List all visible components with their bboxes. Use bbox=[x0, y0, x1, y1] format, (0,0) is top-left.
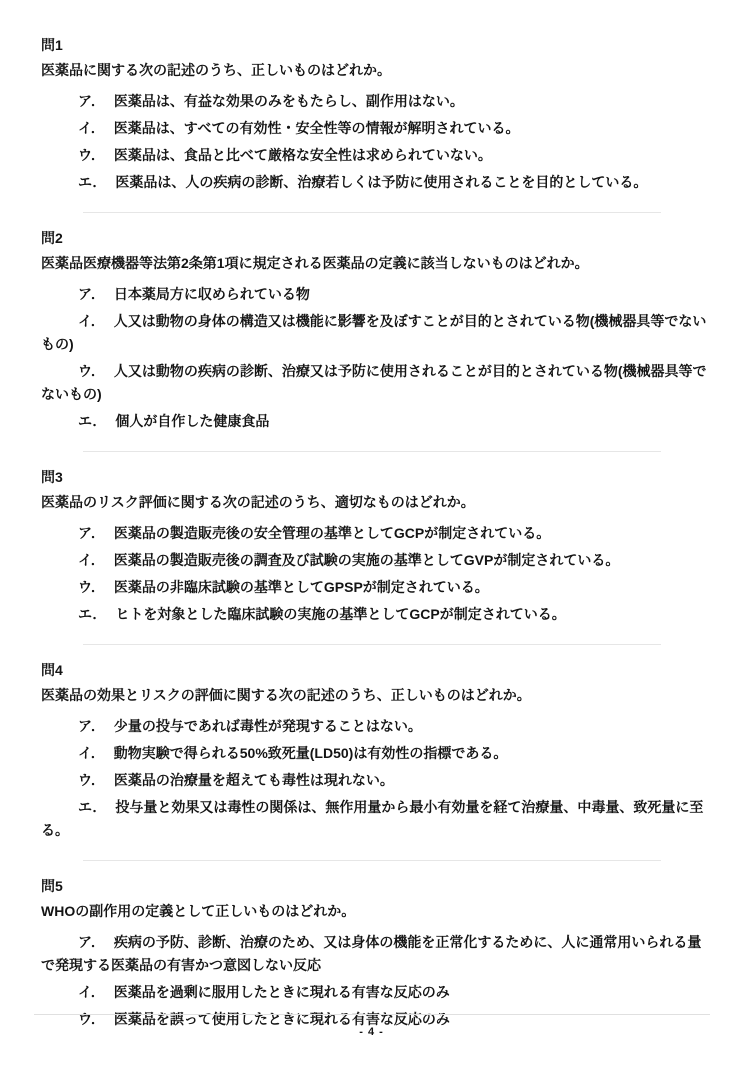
choice-label: ア． bbox=[78, 525, 105, 541]
choice-label: ウ． bbox=[78, 579, 105, 595]
choice: ア．医薬品の製造販売後の安全管理の基準としてGCPが制定されている。 bbox=[41, 522, 715, 545]
choice-text: 投与量と効果又は毒性の関係は、無作用量から最小有効量を経て治療量、中毒量、致死量… bbox=[41, 799, 703, 838]
choice: イ．医薬品の製造販売後の調査及び試験の実施の基準としてGVPが制定されている。 bbox=[41, 549, 715, 572]
choice-text: 医薬品は、食品と比べて厳格な安全性は求められていない。 bbox=[114, 147, 492, 163]
choice: ア．日本薬局方に収められている物 bbox=[41, 283, 715, 306]
question-block-2: 問2 医薬品医療機器等法第2条第1項に規定される医薬品の定義に該当しないものはど… bbox=[41, 229, 715, 433]
choice-text: 少量の投与であれば毒性が発現することはない。 bbox=[114, 718, 422, 734]
choice-text: 医薬品は、有益な効果のみをもたらし、副作用はない。 bbox=[114, 93, 464, 109]
choice-label: ア． bbox=[78, 934, 105, 950]
page-footer: - 4 - bbox=[0, 1014, 743, 1038]
choice-text: 医薬品を過剰に服用したときに現れる有害な反応のみ bbox=[114, 984, 450, 1000]
choice-text: 疾病の予防、診断、治療のため、又は身体の機能を正常化するために、人に通常用いられ… bbox=[41, 934, 701, 973]
section-divider bbox=[83, 644, 661, 645]
question-block-5: 問5 WHOの副作用の定義として正しいものはどれか。 ア．疾病の予防、診断、治療… bbox=[41, 877, 715, 1031]
page-number: - 4 - bbox=[0, 1026, 743, 1038]
choice: ウ．人又は動物の疾病の診断、治療又は予防に使用されることが目的とされている物(機… bbox=[41, 360, 715, 406]
choice-label: ウ． bbox=[78, 772, 105, 788]
question-number: 問1 bbox=[41, 36, 715, 55]
exam-document-page: 問1 医薬品に関する次の記述のうち、正しいものはどれか。 ア．医薬品は、有益な効… bbox=[0, 0, 743, 1080]
choice-label: ア． bbox=[78, 718, 105, 734]
choice: イ．人又は動物の身体の構造又は機能に影響を及ぼすことが目的とされている物(機械器… bbox=[41, 310, 715, 356]
question-text: 医薬品医療機器等法第2条第1項に規定される医薬品の定義に該当しないものはどれか。 bbox=[41, 253, 715, 274]
section-divider bbox=[83, 212, 661, 213]
choice-text: ヒトを対象とした臨床試験の実施の基準としてGCPが制定されている。 bbox=[115, 606, 565, 622]
choice-label: エ． bbox=[78, 799, 106, 815]
choice-label: エ． bbox=[78, 413, 106, 429]
choice-text: 人又は動物の身体の構造又は機能に影響を及ぼすことが目的とされている物(機械器具等… bbox=[41, 313, 706, 352]
choice-text: 医薬品の治療量を超えても毒性は現れない。 bbox=[114, 772, 394, 788]
choice-label: イ． bbox=[78, 552, 105, 568]
choice: ア．疾病の予防、診断、治療のため、又は身体の機能を正常化するために、人に通常用い… bbox=[41, 931, 715, 977]
choice-label: イ． bbox=[78, 313, 105, 329]
choice: イ．動物実験で得られる50%致死量(LD50)は有効性の指標である。 bbox=[41, 742, 715, 765]
question-block-4: 問4 医薬品の効果とリスクの評価に関する次の記述のうち、正しいものはどれか。 ア… bbox=[41, 661, 715, 842]
choice-text: 医薬品の製造販売後の調査及び試験の実施の基準としてGVPが制定されている。 bbox=[114, 552, 620, 568]
question-number: 問5 bbox=[41, 877, 715, 896]
choice-label: イ． bbox=[78, 745, 105, 761]
question-text: WHOの副作用の定義として正しいものはどれか。 bbox=[41, 901, 715, 922]
choice-text: 動物実験で得られる50%致死量(LD50)は有効性の指標である。 bbox=[114, 745, 508, 761]
choice-list: ア．日本薬局方に収められている物 イ．人又は動物の身体の構造又は機能に影響を及ぼ… bbox=[41, 283, 715, 433]
choice: イ．医薬品を過剰に服用したときに現れる有害な反応のみ bbox=[41, 981, 715, 1004]
choice: エ．ヒトを対象とした臨床試験の実施の基準としてGCPが制定されている。 bbox=[41, 603, 715, 626]
choice-text: 医薬品は、すべての有効性・安全性等の情報が解明されている。 bbox=[114, 120, 520, 136]
choice-label: ウ． bbox=[78, 363, 105, 379]
footer-rule bbox=[34, 1014, 710, 1015]
choice-label: イ． bbox=[78, 984, 105, 1000]
choice-label: ア． bbox=[78, 286, 105, 302]
choice-text: 個人が自作した健康食品 bbox=[115, 413, 269, 429]
question-text: 医薬品の効果とリスクの評価に関する次の記述のうち、正しいものはどれか。 bbox=[41, 685, 715, 706]
section-divider bbox=[83, 860, 661, 861]
choice: ウ．医薬品は、食品と比べて厳格な安全性は求められていない。 bbox=[41, 144, 715, 167]
question-block-1: 問1 医薬品に関する次の記述のうち、正しいものはどれか。 ア．医薬品は、有益な効… bbox=[41, 36, 715, 194]
choice-text: 人又は動物の疾病の診断、治療又は予防に使用されることが目的とされている物(機械器… bbox=[41, 363, 707, 402]
question-number: 問3 bbox=[41, 468, 715, 487]
choice: ア．少量の投与であれば毒性が発現することはない。 bbox=[41, 715, 715, 738]
choice-list: ア．医薬品の製造販売後の安全管理の基準としてGCPが制定されている。 イ．医薬品… bbox=[41, 522, 715, 626]
choice-list: ア．少量の投与であれば毒性が発現することはない。 イ．動物実験で得られる50%致… bbox=[41, 715, 715, 842]
choice-text: 医薬品は、人の疾病の診断、治療若しくは予防に使用されることを目的としている。 bbox=[115, 174, 647, 190]
choice-text: 医薬品の非臨床試験の基準としてGPSPが制定されている。 bbox=[114, 579, 489, 595]
choice: ウ．医薬品の非臨床試験の基準としてGPSPが制定されている。 bbox=[41, 576, 715, 599]
choice-text: 日本薬局方に収められている物 bbox=[114, 286, 310, 302]
choice: エ．医薬品は、人の疾病の診断、治療若しくは予防に使用されることを目的としている。 bbox=[41, 171, 715, 194]
question-block-3: 問3 医薬品のリスク評価に関する次の記述のうち、適切なものはどれか。 ア．医薬品… bbox=[41, 468, 715, 626]
choice: ウ．医薬品の治療量を超えても毒性は現れない。 bbox=[41, 769, 715, 792]
choice-label: エ． bbox=[78, 174, 106, 190]
choice-label: ア． bbox=[78, 93, 105, 109]
question-text: 医薬品のリスク評価に関する次の記述のうち、適切なものはどれか。 bbox=[41, 492, 715, 513]
question-number: 問2 bbox=[41, 229, 715, 248]
choice: イ．医薬品は、すべての有効性・安全性等の情報が解明されている。 bbox=[41, 117, 715, 140]
question-number: 問4 bbox=[41, 661, 715, 680]
choice-label: イ． bbox=[78, 120, 105, 136]
choice: エ．個人が自作した健康食品 bbox=[41, 410, 715, 433]
section-divider bbox=[83, 451, 661, 452]
choice-label: エ． bbox=[78, 606, 106, 622]
choice-text: 医薬品の製造販売後の安全管理の基準としてGCPが制定されている。 bbox=[114, 525, 550, 541]
question-text: 医薬品に関する次の記述のうち、正しいものはどれか。 bbox=[41, 60, 715, 81]
choice-label: ウ． bbox=[78, 147, 105, 163]
choice-list: ア．医薬品は、有益な効果のみをもたらし、副作用はない。 イ．医薬品は、すべての有… bbox=[41, 90, 715, 194]
choice: エ．投与量と効果又は毒性の関係は、無作用量から最小有効量を経て治療量、中毒量、致… bbox=[41, 796, 715, 842]
choice: ア．医薬品は、有益な効果のみをもたらし、副作用はない。 bbox=[41, 90, 715, 113]
